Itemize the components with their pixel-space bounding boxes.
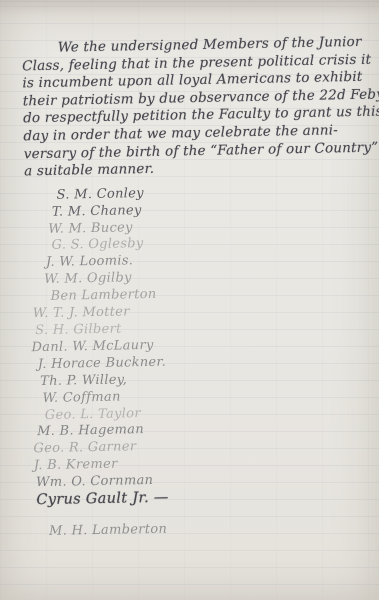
document-content: We the undersigned Members of the Junior… <box>0 0 379 542</box>
signature-list: S. M. ConleyT. M. ChaneyW. M. BuceyG. S.… <box>28 181 379 541</box>
signature: M. H. Lamberton <box>49 517 379 540</box>
petition-document: We the undersigned Members of the Junior… <box>0 0 379 600</box>
petition-body: We the undersigned Members of the Junior… <box>22 34 374 181</box>
